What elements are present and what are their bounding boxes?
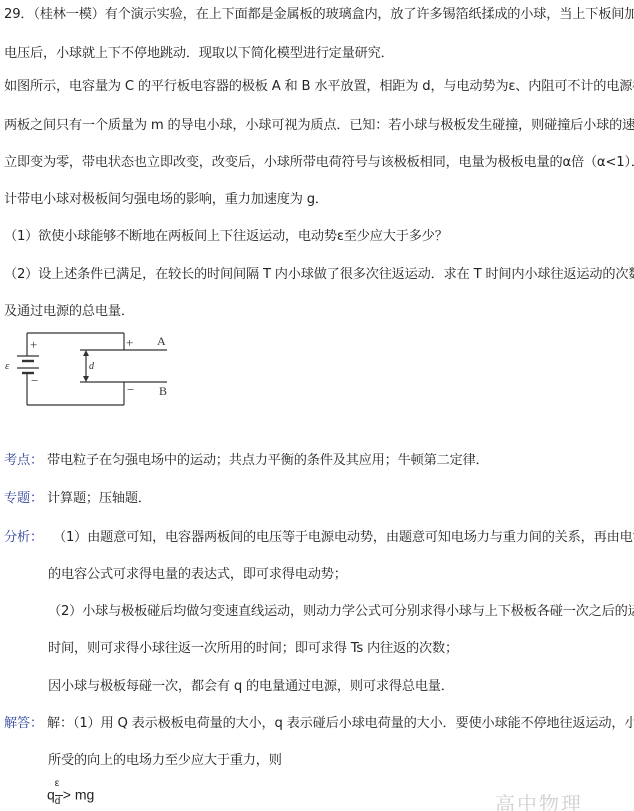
jieda-line-2: 所受的向上的电场力至少应大于重力，则 xyxy=(48,752,282,770)
plate-a-sign: + xyxy=(126,335,133,350)
fraction-numerator: ε xyxy=(55,778,59,789)
emf-label: ε xyxy=(5,360,10,372)
plate-b-sign: − xyxy=(127,382,134,397)
fenxi-label: 分析： xyxy=(4,530,43,545)
question-2-line-1: （2）设上述条件已满足，在较长的时间间隔 T 内小球做了很多次往返运动．求在 T… xyxy=(4,266,634,284)
fraction-denominator: d xyxy=(55,796,61,807)
fenxi-line-4: 时间，则可求得小球往返一次所用的时间；即可求得 Ts 内往返的次数； xyxy=(48,640,458,658)
kaodian-row: 考点： 带电粒子在匀强电场中的运动；共点力平衡的条件及其应用；牛顿第二定律． xyxy=(4,452,489,470)
jieda-line-1: 解：（1）用 Q 表示极板电荷量的大小，q 表示碰后小球电荷量的大小．要使小球能… xyxy=(47,716,634,731)
fenxi-line-5: 因小球与极板每碰一次，都会有 q 的电量通过电源，则可求得总电量． xyxy=(48,678,454,696)
kaodian-text: 带电粒子在匀强电场中的运动；共点力平衡的条件及其应用；牛顿第二定律． xyxy=(47,453,489,468)
problem-line-4: 两板之间只有一个质量为 m 的导电小球，小球可视为质点．已知：若小球与极板发生碰… xyxy=(4,117,634,135)
formula-left: q xyxy=(47,787,55,803)
kaodian-label: 考点： xyxy=(4,453,43,468)
problem-line-5: 立即变为零，带电状态也立即改变，改变后，小球所带电荷符号与该极板相同，电量为极板… xyxy=(4,154,634,172)
formula: qεd> mg xyxy=(47,786,94,806)
jieda-row: 解答： 解：（1）用 Q 表示极板电荷量的大小，q 表示碰后小球电荷量的大小．要… xyxy=(4,715,634,733)
watermark: 高中物理 xyxy=(495,788,583,811)
problem-line-3: 如图所示，电容量为 C 的平行板电容器的极板 A 和 B 水平放置，相距为 d，… xyxy=(4,78,634,96)
plate-b-label: B xyxy=(159,384,167,398)
fenxi-line-2: 的电容公式可求得电量的表达式，即可求得电动势； xyxy=(48,566,347,584)
battery-plus-sign: + xyxy=(30,337,37,352)
problem-line-6: 计带电小球对极板间匀强电场的影响，重力加速度为 g． xyxy=(4,191,328,209)
fenxi-row: 分析： （1）由题意可知，电容器两板间的电压等于电源电动势，由题意可知电场力与重… xyxy=(4,529,634,547)
fraction: εd xyxy=(55,786,63,806)
question-2-line-2: 及通过电源的总电量． xyxy=(4,303,134,321)
circuit-diagram: + − ε + − A B d xyxy=(0,325,240,415)
plate-a-label: A xyxy=(157,334,166,348)
fenxi-line-3: （2）小球与极板碰后均做匀变速直线运动，则动力学公式可分别求得小球与上下极板各碰… xyxy=(48,603,634,621)
formula-right: > mg xyxy=(63,787,95,803)
question-1: （1）欲使小球能够不断地在两板间上下往返运动，电动势ε至少应大于多少？ xyxy=(4,228,448,246)
zhuanti-row: 专题： 计算题；压轴题． xyxy=(4,490,151,508)
zhuanti-text: 计算题；压轴题． xyxy=(47,491,151,506)
battery-minus-sign: − xyxy=(31,373,38,388)
gap-label: d xyxy=(89,361,95,372)
zhuanti-label: 专题： xyxy=(4,491,43,506)
problem-line-1: 29．（桂林一模）有个演示实验，在上下面都是金属板的玻璃盒内，放了许多锡箔纸揉成… xyxy=(4,6,634,24)
problem-line-2: 电压后，小球就上下不停地跳动．现取以下简化模型进行定量研究． xyxy=(4,45,394,63)
jieda-label: 解答： xyxy=(4,716,43,731)
fenxi-line-1: （1）由题意可知，电容器两板间的电压等于电源电动势，由题意可知电场力与重力间的关… xyxy=(53,530,634,545)
